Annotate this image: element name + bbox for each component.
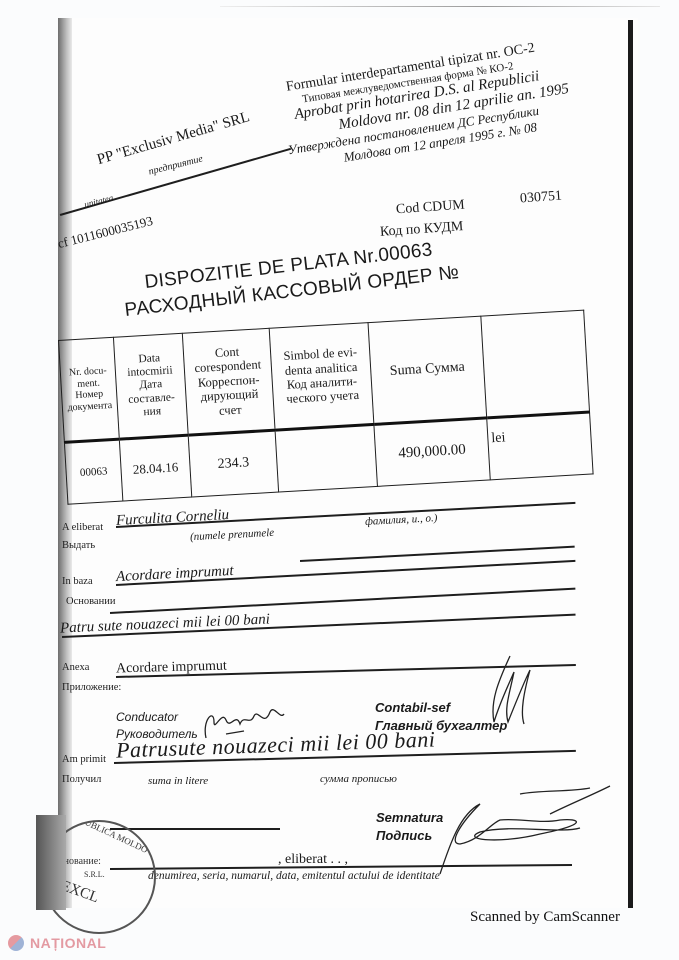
signature-line-left	[110, 828, 280, 830]
act-identitate-label: denumirea, seria, numarul, data, emitent…	[148, 870, 440, 882]
page-shadow-bottom	[36, 815, 66, 910]
suma-litere-label-ro: suma in litere	[148, 775, 208, 787]
cell-suma: 490,000.00	[374, 418, 490, 486]
header-blank	[481, 310, 590, 418]
national-logo-icon	[8, 935, 24, 951]
national-logo: NAȚIONAL	[8, 935, 106, 951]
am-primit-label-ru: Получил	[62, 774, 101, 785]
national-logo-text: NAȚIONAL	[30, 935, 106, 951]
baza-label-ro: In baza	[62, 576, 93, 587]
scan-edge	[220, 6, 660, 7]
cell-data: 28.04.16	[119, 435, 191, 501]
anexa-label-ro: Anexa	[62, 662, 89, 673]
cod-cdum-value: 030751	[519, 189, 562, 208]
eliberat-label-ro: A eliberat	[62, 522, 103, 533]
header-nr-document: Nr. docu- ment. Номер документа	[59, 337, 120, 442]
order-table: Nr. docu- ment. Номер документа Data int…	[58, 310, 594, 505]
cell-simbol	[275, 424, 377, 492]
header-data: Data intocmirii Дата составле- ния	[113, 333, 188, 439]
stamp-text-3: S.R.L.	[84, 870, 105, 879]
am-primit-label-ro: Am primit	[62, 754, 106, 765]
contabil-label-ro: Contabil-sef	[375, 700, 450, 715]
cell-currency: lei	[487, 412, 593, 480]
suma-litere-label-ru: сумма прописью	[320, 773, 397, 785]
baza-label-ru: Основании	[66, 596, 115, 607]
header-cont: Cont corespondent Корреспон- дирующий сч…	[182, 328, 275, 435]
scanner-watermark: Scanned by CamScanner	[470, 909, 620, 926]
page-edge	[628, 20, 633, 908]
cell-nr-document: 00063	[64, 439, 122, 504]
header-simbol: Simbol de evi- denta analitica Код анали…	[269, 323, 374, 431]
recipient-signature	[420, 784, 620, 884]
contabil-signature	[480, 652, 540, 732]
anexa-label-ru: Приложение:	[62, 682, 121, 693]
header-suma: Suma Сумма	[368, 316, 487, 424]
eliberat-label-ru: Выдать	[62, 540, 95, 551]
conducator-label-ro: Conducator	[116, 710, 178, 724]
cell-cont: 234.3	[188, 430, 278, 497]
